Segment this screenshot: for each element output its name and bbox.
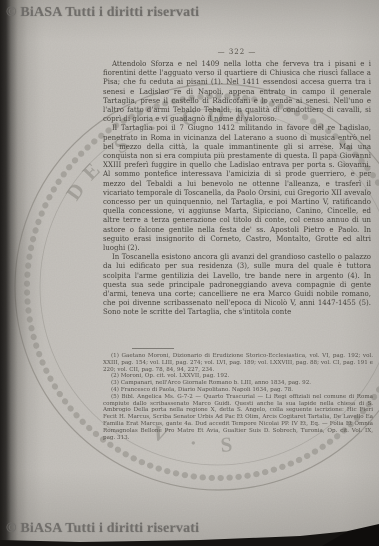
footnote: (4) Francesco di Paola, Diario Napolitan… [103,387,373,394]
scanned-page-viewer: DE S · CON V · S — 322 — Attendolo Sforz… [0,0,379,546]
paragraph: In Toscanella esistono ancora gli avanzi… [103,253,371,317]
copyright-watermark-top: © BiASA Tutti i diritti riservati [6,5,199,21]
page-body-text: Attendolo Sforza e nel 1409 nella lotta … [103,60,371,318]
footnote: (5) Bibl. Angelica Ms. G-7-2 — Quarto Tr… [103,394,373,442]
footnote: (3) Campanari, nell'Arco Giornale Romano… [103,380,373,387]
footnote-separator [132,348,174,349]
paragraph: Attendolo Sforza e nel 1409 nella lotta … [103,60,371,124]
paragraph: Il Tartaglia poi il 7 Giugno 1412 milita… [103,124,371,253]
footnotes: (1) Gaetano Moroni, Dizionario di Erudiz… [103,353,373,441]
footnote: (1) Gaetano Moroni, Dizionario di Erudiz… [103,353,373,373]
copyright-watermark-bottom: © BiASA Tutti i diritti riservati [6,521,199,537]
book-page: DE S · CON V · S — 322 — Attendolo Sforz… [0,0,379,546]
page-number: — 322 — [103,48,371,56]
